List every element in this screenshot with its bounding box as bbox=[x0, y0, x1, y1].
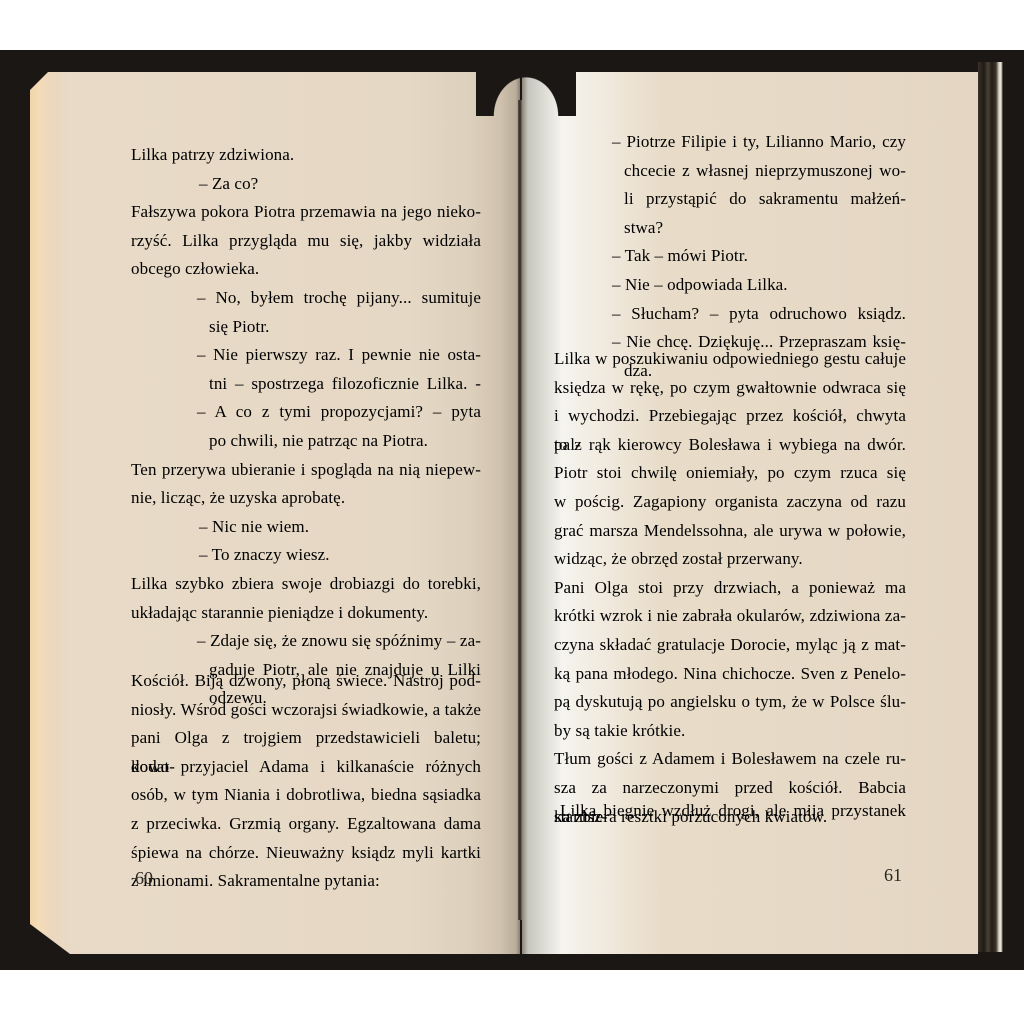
text-line: Lilka patrzy zdziwiona. bbox=[131, 141, 481, 170]
text-line: krótki wzrok i nie zabrała okularów, zdz… bbox=[554, 602, 906, 631]
text-line: i wychodzi. Przebiegając przez kościół, … bbox=[554, 402, 906, 431]
text-line: Lilka szybko zbiera swoje drobiazgi do t… bbox=[131, 570, 481, 599]
page-edges bbox=[978, 62, 1004, 952]
text-line: Ten przerywa ubieranie i spogląda na nią… bbox=[131, 456, 481, 485]
text-line: Fałszywa pokora Piotra przemawia na jego… bbox=[131, 198, 481, 227]
left-page-text: Lilka patrzy zdziwiona. – Za co? Fałszyw… bbox=[131, 141, 481, 713]
dialogue-line: się Piotr. bbox=[131, 313, 481, 342]
dialogue-line: – Nie pierwszy raz. I pewnie nie osta- bbox=[197, 341, 481, 370]
text-line: księdza w rękę, po czym gwałtownie odwra… bbox=[554, 374, 906, 403]
text-line: czyna składać gratulacje Dorocie, myląc … bbox=[554, 631, 906, 660]
right-page-text: Lilka w poszukiwaniu odpowiedniego gestu… bbox=[554, 345, 906, 831]
dialogue-line: – Piotrze Filipie i ty, Lilianno Mario, … bbox=[612, 128, 906, 157]
text-line: z imionami. Sakramentalne pytania: bbox=[131, 867, 481, 896]
text-line: rzyść. Lilka przygląda mu się, jakby wid… bbox=[131, 227, 481, 256]
book-gutter bbox=[518, 100, 522, 920]
left-page-text-church: Kościół. Biją dzwony, płoną świece. Nast… bbox=[131, 667, 481, 896]
dialogue-line: li przystąpić do sakramentu małżeń- bbox=[624, 185, 906, 214]
dialogue-line: tni – spostrzega filozoficznie Lilka. - bbox=[209, 370, 481, 399]
text-line: by są takie krótkie. bbox=[554, 717, 906, 746]
text-line: śpiewa na chórze. Nieuważny ksiądz myli … bbox=[131, 839, 481, 868]
text-line: Piotr stoi chwilę oniemiały, po czym rzu… bbox=[554, 459, 906, 488]
text-line: pą dyskutują po angielsku o tym, że w Po… bbox=[554, 688, 906, 717]
text-line: niosły. Wśród gości wczorajsi świadkowie… bbox=[131, 696, 481, 725]
text-line: Pani Olga stoi przy drzwiach, a ponieważ… bbox=[554, 574, 906, 603]
text-line: w pościg. Zagapiony organista zaczyna od… bbox=[554, 488, 906, 517]
gutter-shadow bbox=[476, 56, 576, 116]
text-line: kowo przyjaciel Adama i kilkanaście różn… bbox=[131, 753, 481, 782]
text-line: Tłum gości z Adamem i Bolesławem na czel… bbox=[554, 745, 906, 774]
dialogue-line: – A co z tymi propozycjami? – pyta bbox=[197, 398, 481, 427]
dialogue-line: po chwili, nie patrząc na Piotra. bbox=[131, 427, 481, 456]
dialogue-line: – Nie – odpowiada Lilka. bbox=[612, 271, 906, 300]
text-line: Lilka w poszukiwaniu odpowiedniego gestu… bbox=[554, 345, 906, 374]
dialogue-line: – Zdaje się, że znowu się spóźnimy – za- bbox=[197, 627, 481, 656]
text-line: ką pana młodego. Nina chichocze. Sven z … bbox=[554, 660, 906, 689]
page-number-left: 60 bbox=[135, 868, 153, 889]
dialogue-line: – Nic nie wiem. bbox=[131, 513, 481, 542]
text-line: to z rąk kierowcy Bolesława i wybiega na… bbox=[554, 431, 906, 460]
text-line: nie, licząc, że uzyska aprobatę. bbox=[131, 484, 481, 513]
right-page-final-paragraph: Lilka biegnie wzdłuż drogi, ale mija prz… bbox=[560, 797, 906, 826]
dialogue-line: – Tak – mówi Piotr. bbox=[612, 242, 906, 271]
text-line: widząc, że obrzęd został przerwany. bbox=[554, 545, 906, 574]
dialogue-line: – Słucham? – pyta odruchowo ksiądz. bbox=[612, 300, 906, 329]
text-line: grać marsza Mendelssohna, ale urywa w po… bbox=[554, 517, 906, 546]
dialogue-line: – No, byłem trochę pijany... sumituje bbox=[197, 284, 481, 313]
dialogue-line: – To znaczy wiesz. bbox=[131, 541, 481, 570]
text-line: układając starannie pieniądze i dokument… bbox=[131, 599, 481, 628]
dialogue-line: chcecie z własnej nieprzymuszonej wo- bbox=[624, 157, 906, 186]
dialogue-line: – Za co? bbox=[131, 170, 481, 199]
text-line: osób, w tym Niania i dobrotliwa, biedna … bbox=[131, 781, 481, 810]
text-line: Kościół. Biją dzwony, płoną świece. Nast… bbox=[131, 667, 481, 696]
text-line: obcego człowieka. bbox=[131, 255, 481, 284]
text-line: z przeciwka. Grzmią organy. Egzaltowana … bbox=[131, 810, 481, 839]
page-number-right: 61 bbox=[884, 865, 902, 886]
dialogue-line: stwa? bbox=[612, 214, 906, 243]
text-line: pani Olga z trojgiem przedstawicieli bal… bbox=[131, 724, 481, 753]
text-line: Lilka biegnie wzdłuż drogi, ale mija prz… bbox=[560, 797, 906, 826]
